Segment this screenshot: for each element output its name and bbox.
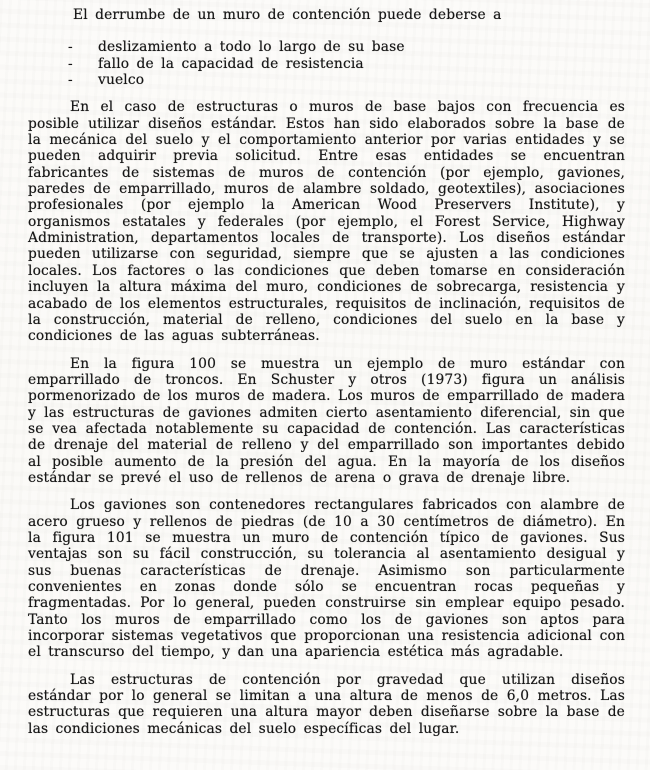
scanned-document-page: El derrumbe de un muro de contención pue… [0, 0, 650, 770]
dash-marker: - [68, 39, 98, 55]
dash-marker: - [68, 72, 98, 88]
list-item-text: vuelco [98, 72, 625, 88]
paragraph-gravity-structures-height: Las estructuras de contención por graved… [28, 672, 625, 737]
list-item: - fallo de la capacidad de resistencia [28, 56, 625, 72]
paragraph-gaviones: Los gaviones son contenedores rectangula… [28, 497, 625, 660]
paragraph-standard-designs: En el caso de estructuras o muros de bas… [28, 99, 625, 344]
dash-marker: - [68, 56, 98, 72]
list-item-text: deslizamiento a todo lo largo de su base [98, 39, 625, 55]
causes-list: - deslizamiento a todo lo largo de su ba… [28, 39, 625, 88]
paragraph-figura-100-timber-cribs: En la figura 100 se muestra un ejemplo d… [28, 356, 625, 487]
list-item: - vuelco [28, 72, 625, 88]
list-item-text: fallo de la capacidad de resistencia [98, 56, 625, 72]
list-item: - deslizamiento a todo lo largo de su ba… [28, 39, 625, 55]
intro-line: El derrumbe de un muro de contención pue… [28, 7, 625, 23]
